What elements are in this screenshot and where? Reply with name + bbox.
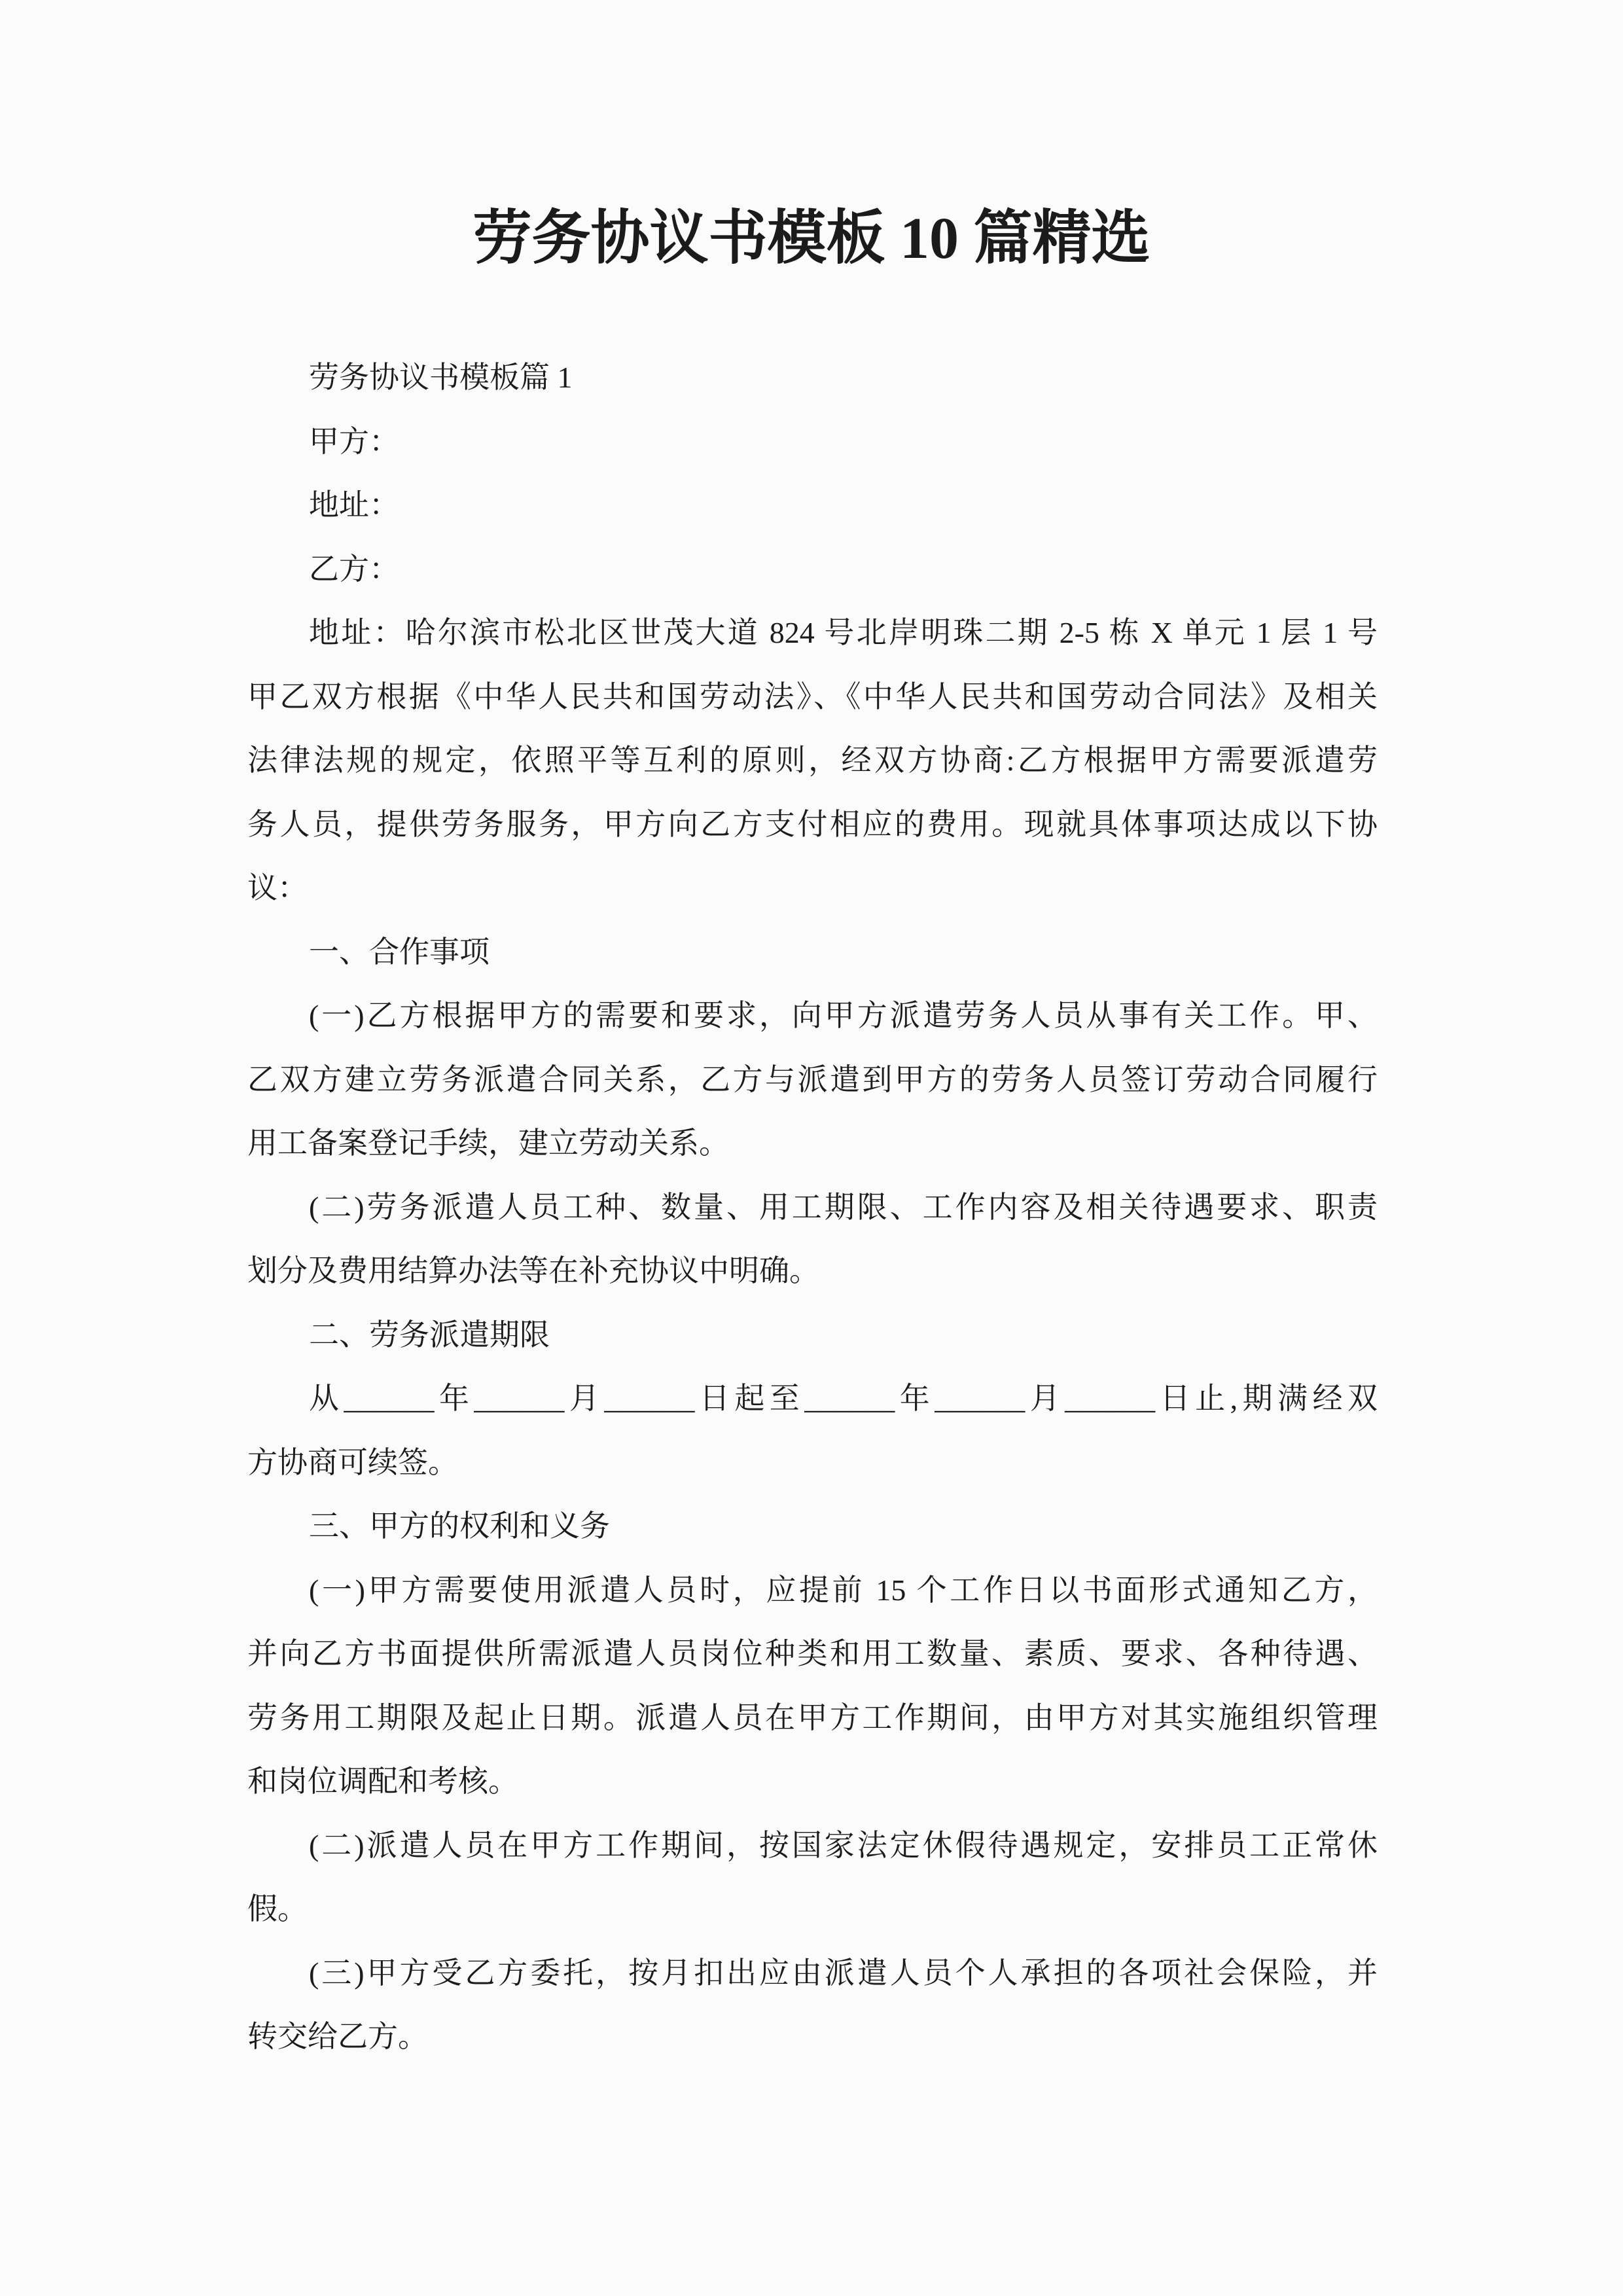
- text-line: 议：: [247, 856, 1378, 920]
- text-line: (一)乙方根据甲方的需要和要求，向甲方派遣劳务人员从事有关工作。甲、: [247, 984, 1378, 1048]
- text-line: 三、甲方的权利和义务: [247, 1494, 1378, 1558]
- text-line: (三)甲方受乙方委托，按月扣出应由派遣人员个人承担的各项社会保险，并: [247, 1941, 1378, 2005]
- text-line: 地址：: [247, 473, 1378, 537]
- text-line: 转交给乙方。: [247, 2005, 1378, 2069]
- text-line: 和岗位调配和考核。: [247, 1749, 1378, 1814]
- text-line: 乙方：: [247, 537, 1378, 601]
- text-line: 劳务用工期限及起止日期。派遣人员在甲方工作期间，由甲方对其实施组织管理: [247, 1686, 1378, 1750]
- text-line: 务人员，提供劳务服务，甲方向乙方支付相应的费用。现就具体事项达成以下协: [247, 793, 1378, 857]
- text-line: 法律法规的规定，依照平等互利的原则，经双方协商:乙方根据甲方需要派遣劳: [247, 728, 1378, 793]
- text-line: 二、劳务派遣期限: [247, 1303, 1378, 1367]
- text-line: 假。: [247, 1877, 1378, 1941]
- document-title: 劳务协议书模板 10 篇精选: [0, 208, 1623, 270]
- text-line: 用工备案登记手续，建立劳动关系。: [247, 1111, 1378, 1175]
- text-line: 劳务协议书模板篇 1: [247, 346, 1378, 410]
- text-line: 地址：哈尔滨市松北区世茂大道 824 号北岸明珠二期 2-5 栋 X 单元 1 …: [247, 601, 1378, 665]
- text-line: 一、合作事项: [247, 920, 1378, 984]
- text-line: (二)劳务派遣人员工种、数量、用工期限、工作内容及相关待遇要求、职责: [247, 1175, 1378, 1240]
- text-line: 并向乙方书面提供所需派遣人员岗位种类和用工数量、素质、要求、各种待遇、: [247, 1622, 1378, 1686]
- text-line: 乙双方建立劳务派遣合同关系，乙方与派遣到甲方的劳务人员签订劳动合同履行: [247, 1048, 1378, 1112]
- text-line: 方协商可续签。: [247, 1431, 1378, 1495]
- text-line: 甲乙双方根据《中华人民共和国劳动法》、《中华人民共和国劳动合同法》及相关: [247, 665, 1378, 729]
- text-line: (一)甲方需要使用派遣人员时，应提前 15 个工作日以书面形式通知乙方，: [247, 1558, 1378, 1623]
- text-line: 从______年______月______日起至______年______月__…: [247, 1367, 1378, 1431]
- text-line: (二)派遣人员在甲方工作期间，按国家法定休假待遇规定，安排员工正常休: [247, 1814, 1378, 1878]
- document-page: 劳务协议书模板 10 篇精选 劳务协议书模板篇 1甲方：地址：乙方：地址：哈尔滨…: [0, 0, 1623, 2296]
- text-line: 划分及费用结算办法等在补充协议中明确。: [247, 1239, 1378, 1303]
- text-line: 甲方：: [247, 410, 1378, 474]
- document-body: 劳务协议书模板篇 1甲方：地址：乙方：地址：哈尔滨市松北区世茂大道 824 号北…: [247, 346, 1378, 2069]
